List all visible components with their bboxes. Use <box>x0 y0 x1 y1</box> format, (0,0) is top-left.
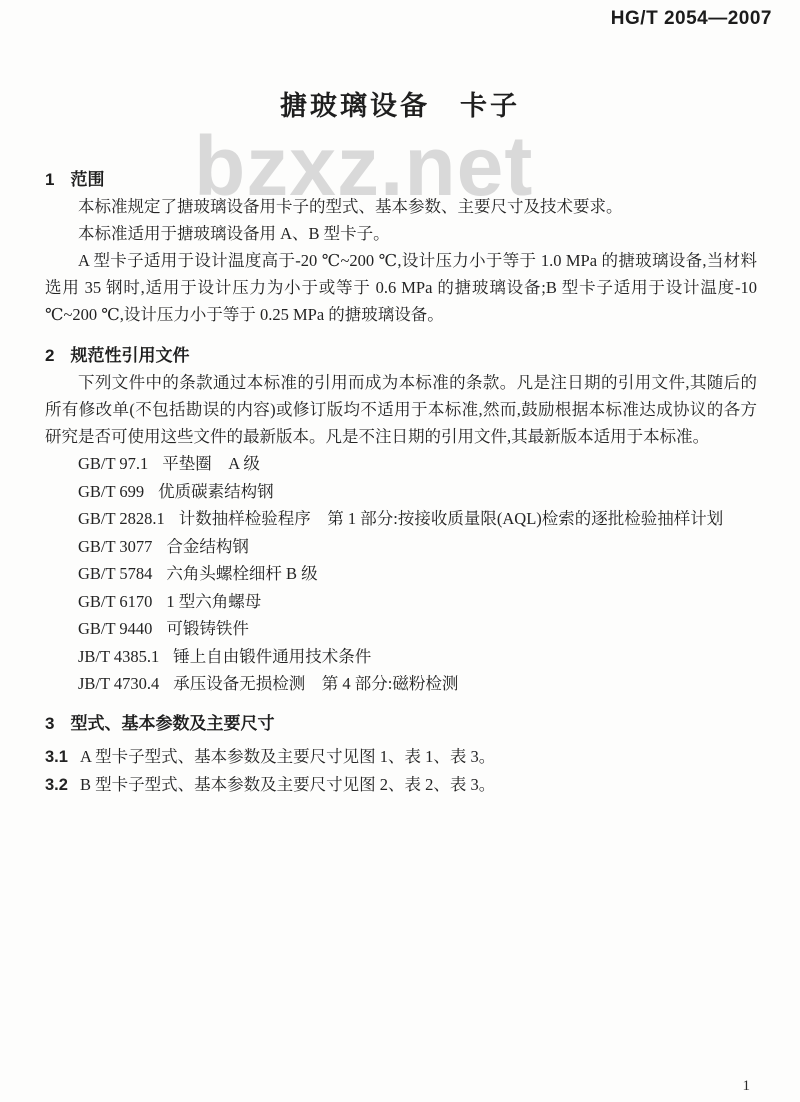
paragraph: 下列文件中的条款通过本标准的引用而成为本标准的条款。凡是注日期的引用文件,其随后… <box>45 369 757 450</box>
reference-code: GB/T 699 <box>78 482 144 501</box>
reference-item: GB/T 61701 型六角螺母 <box>45 588 757 616</box>
section-1-label: 范围 <box>70 170 104 189</box>
reference-title: 平垫圈 A 级 <box>162 454 260 473</box>
section-3-label: 型式、基本参数及主要尺寸 <box>70 714 274 733</box>
reference-title: 合金结构钢 <box>166 537 249 556</box>
reference-code: GB/T 5784 <box>78 564 152 583</box>
reference-item: GB/T 2828.1计数抽样检验程序 第 1 部分:按接收质量限(AQL)检索… <box>45 505 757 533</box>
reference-item: GB/T 699优质碳素结构钢 <box>45 478 757 506</box>
clause-text: A 型卡子型式、基本参数及主要尺寸见图 1、表 1、表 3。 <box>80 747 495 766</box>
reference-item: JB/T 4730.4承压设备无损检测 第 4 部分:磁粉检测 <box>45 670 757 698</box>
reference-item: GB/T 97.1平垫圈 A 级 <box>45 450 757 478</box>
reference-code: GB/T 6170 <box>78 592 152 611</box>
reference-code: GB/T 2828.1 <box>78 509 165 528</box>
page-number: 1 <box>743 1078 751 1095</box>
reference-item: JB/T 4385.1锤上自由锻件通用技术条件 <box>45 643 757 671</box>
section-3-heading: 3型式、基本参数及主要尺寸 <box>45 710 757 737</box>
clause-item: 3.1A 型卡子型式、基本参数及主要尺寸见图 1、表 1、表 3。 <box>45 743 757 772</box>
reference-title: 锤上自由锻件通用技术条件 <box>173 647 371 666</box>
reference-code: GB/T 97.1 <box>78 454 148 473</box>
document-title: 搪玻璃设备 卡子 <box>0 84 800 123</box>
reference-title: 六角头螺栓细杆 B 级 <box>166 564 317 583</box>
document-body: 1范围 本标准规定了搪玻璃设备用卡子的型式、基本参数、主要尺寸及技术要求。 本标… <box>45 166 757 800</box>
reference-title: 承压设备无损检测 第 4 部分:磁粉检测 <box>173 674 458 693</box>
section-2-number: 2 <box>45 346 54 365</box>
references-list: GB/T 97.1平垫圈 A 级 GB/T 699优质碳素结构钢 GB/T 28… <box>45 450 757 698</box>
document-page: HG/T 2054—2007 搪玻璃设备 卡子 bzxz.net 1范围 本标准… <box>0 0 800 1102</box>
section-1-number: 1 <box>45 170 54 189</box>
section-2-label: 规范性引用文件 <box>70 346 189 365</box>
reference-code: GB/T 3077 <box>78 537 152 556</box>
reference-code: JB/T 4730.4 <box>78 674 159 693</box>
reference-title: 优质碳素结构钢 <box>158 482 274 501</box>
reference-item: GB/T 9440可锻铸铁件 <box>45 615 757 643</box>
section-1-heading: 1范围 <box>45 166 757 193</box>
reference-title: 计数抽样检验程序 第 1 部分:按接收质量限(AQL)检索的逐批检验抽样计划 <box>179 509 723 528</box>
reference-title: 1 型六角螺母 <box>166 592 261 611</box>
clause-text: B 型卡子型式、基本参数及主要尺寸见图 2、表 2、表 3。 <box>80 775 495 794</box>
reference-item: GB/T 5784六角头螺栓细杆 B 级 <box>45 560 757 588</box>
reference-code: GB/T 9440 <box>78 619 152 638</box>
reference-title: 可锻铸铁件 <box>166 619 249 638</box>
standard-code: HG/T 2054—2007 <box>611 8 772 30</box>
clause-number: 3.1 <box>45 748 68 766</box>
reference-item: GB/T 3077合金结构钢 <box>45 533 757 561</box>
clause-item: 3.2B 型卡子型式、基本参数及主要尺寸见图 2、表 2、表 3。 <box>45 771 757 800</box>
reference-code: JB/T 4385.1 <box>78 647 159 666</box>
paragraph: A 型卡子适用于设计温度高于-20 ℃~200 ℃,设计压力小于等于 1.0 M… <box>45 247 757 328</box>
section-2-heading: 2规范性引用文件 <box>45 342 757 369</box>
paragraph: 本标准规定了搪玻璃设备用卡子的型式、基本参数、主要尺寸及技术要求。 <box>45 193 757 220</box>
paragraph: 本标准适用于搪玻璃设备用 A、B 型卡子。 <box>45 220 757 247</box>
clauses-list: 3.1A 型卡子型式、基本参数及主要尺寸见图 1、表 1、表 3。 3.2B 型… <box>45 743 757 800</box>
clause-number: 3.2 <box>45 776 68 794</box>
section-3-number: 3 <box>45 714 54 733</box>
